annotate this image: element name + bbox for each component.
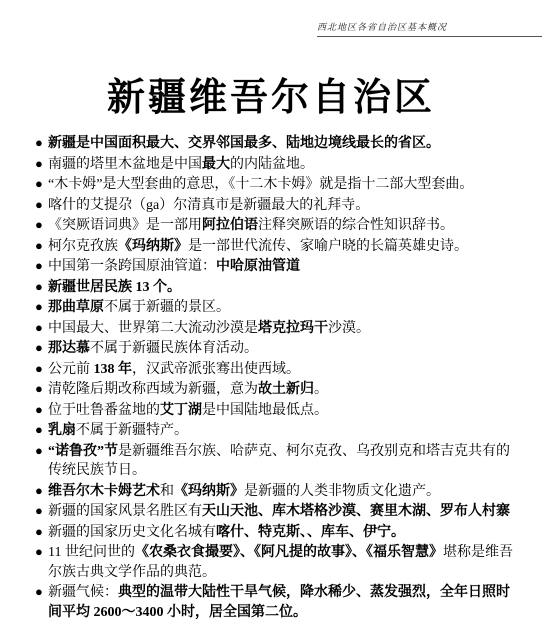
fact-item: ●那曲草原不属于新疆的景区。 xyxy=(35,297,514,318)
bullet-icon: ● xyxy=(35,481,48,501)
bullet-icon: ● xyxy=(35,297,48,317)
bullet-icon: ● xyxy=(35,542,48,562)
fact-item: ●“木卡姆”是大型套曲的意思，《十二木卡姆》就是指十二部大型套曲。 xyxy=(35,174,514,195)
fact-list: ●新疆是中国面积最大、交界邻国最多、陆地边境线最长的省区。●南疆的塔里木盆地是中… xyxy=(35,133,514,622)
fact-text: 南疆的塔里木盆地是中国最大的内陆盆地。 xyxy=(48,157,314,172)
bullet-icon: ● xyxy=(35,154,48,174)
fact-text: “诺鲁孜”节是新疆维吾尔族、哈萨克、柯尔克孜、乌孜别克和塔吉克共有的传统民族节日… xyxy=(48,444,510,479)
fact-item: ●喀什的艾提尕（ga）尔清真市是新疆最大的礼拜寺。 xyxy=(35,195,514,216)
bullet-icon: ● xyxy=(35,318,48,338)
bullet-icon: ● xyxy=(35,441,48,461)
fact-text: 新疆的国家风景名胜区有天山天池、库木塔格沙漠、赛里木湖、罗布人村寨 xyxy=(48,504,510,519)
fact-text: 位于吐鲁番盆地的艾丁湖是中国陆地最低点。 xyxy=(48,403,328,418)
fact-text: 《突厥语词典》是一部用阿拉伯语注释突厥语的综合性知识辞书。 xyxy=(48,218,454,233)
fact-text: 维吾尔木卡姆艺术和《玛纳斯》是新疆的人类非物质文化遗产。 xyxy=(48,484,440,499)
fact-text: 乳扇不属于新疆特产。 xyxy=(48,423,188,438)
fact-item: ●11 世纪问世的《农桑衣食撮要》、《阿凡提的故事》、《福乐智慧》堪称是维吾尔族… xyxy=(35,542,514,582)
fact-text: 那曲草原不属于新疆的景区。 xyxy=(48,300,230,315)
fact-item: ●中国最大、世界第二大流动沙漠是塔克拉玛干沙漠。 xyxy=(35,318,514,339)
fact-text: 新疆气候：典型的温带大陆性干旱气候，降水稀少、蒸发强烈，全年日照时间平均 260… xyxy=(48,585,510,620)
fact-text: 公元前 138 年，汉武帝派张骞出使西域。 xyxy=(48,362,300,377)
fact-item: ●新疆世居民族 13 个。 xyxy=(35,277,514,298)
bullet-icon: ● xyxy=(35,501,48,521)
fact-text: 新疆的国家历史文化名城有喀什、特克斯、、库车、伊宁。 xyxy=(48,525,405,540)
page-header: 西北地区各省自治区基本概况 xyxy=(317,20,542,37)
fact-text: 新疆是中国面积最大、交界邻国最多、陆地边境线最长的省区。 xyxy=(48,136,440,151)
bullet-icon: ● xyxy=(35,338,48,358)
fact-item: ●清乾隆后期改称西域为新疆，意为故土新归。 xyxy=(35,379,514,400)
bullet-icon: ● xyxy=(35,174,48,194)
fact-item: ●维吾尔木卡姆艺术和《玛纳斯》是新疆的人类非物质文化遗产。 xyxy=(35,481,514,502)
fact-item: ●南疆的塔里木盆地是中国最大的内陆盆地。 xyxy=(35,154,514,175)
fact-text: 柯尔克孜族《玛纳斯》是一部世代流传、家喻户晓的长篇英雄史诗。 xyxy=(48,239,468,254)
fact-text: 清乾隆后期改称西域为新疆，意为故土新归。 xyxy=(48,382,328,397)
header-text: 西北地区各省自治区基本概况 xyxy=(317,22,447,32)
fact-text: 新疆世居民族 13 个。 xyxy=(48,280,181,295)
bullet-icon: ● xyxy=(35,236,48,256)
fact-text: 喀什的艾提尕（ga）尔清真市是新疆最大的礼拜寺。 xyxy=(48,198,369,213)
bullet-icon: ● xyxy=(35,133,48,153)
bullet-icon: ● xyxy=(35,420,48,440)
bullet-icon: ● xyxy=(35,195,48,215)
bullet-icon: ● xyxy=(35,379,48,399)
fact-item: ●那达慕不属于新疆民族体育活动。 xyxy=(35,338,514,359)
document-page: 西北地区各省自治区基本概况 新疆维吾尔自治区 ●新疆是中国面积最大、交界邻国最多… xyxy=(0,0,542,641)
fact-text: 中国最大、世界第二大流动沙漠是塔克拉玛干沙漠。 xyxy=(48,321,370,336)
fact-item: ●公元前 138 年，汉武帝派张骞出使西域。 xyxy=(35,359,514,380)
fact-text: “木卡姆”是大型套曲的意思，《十二木卡姆》就是指十二部大型套曲。 xyxy=(48,177,473,192)
bullet-icon: ● xyxy=(35,582,48,602)
fact-item: ●新疆的国家历史文化名城有喀什、特克斯、、库车、伊宁。 xyxy=(35,522,514,543)
bullet-icon: ● xyxy=(35,256,48,276)
fact-item: ●新疆气候：典型的温带大陆性干旱气候，降水稀少、蒸发强烈，全年日照时间平均 26… xyxy=(35,582,514,622)
fact-text: 那达慕不属于新疆民族体育活动。 xyxy=(48,341,258,356)
fact-item: ●新疆是中国面积最大、交界邻国最多、陆地边境线最长的省区。 xyxy=(35,133,514,154)
fact-text: 中国第一条跨国原油管道：中哈原油管道 xyxy=(48,259,300,274)
fact-item: ●新疆的国家风景名胜区有天山天池、库木塔格沙漠、赛里木湖、罗布人村寨 xyxy=(35,501,514,522)
fact-item: ●位于吐鲁番盆地的艾丁湖是中国陆地最低点。 xyxy=(35,400,514,421)
fact-item: ●乳扇不属于新疆特产。 xyxy=(35,420,514,441)
bullet-icon: ● xyxy=(35,359,48,379)
bullet-icon: ● xyxy=(35,400,48,420)
fact-item: ●《突厥语词典》是一部用阿拉伯语注释突厥语的综合性知识辞书。 xyxy=(35,215,514,236)
bullet-icon: ● xyxy=(35,522,48,542)
fact-item: ●柯尔克孜族《玛纳斯》是一部世代流传、家喻户晓的长篇英雄史诗。 xyxy=(35,236,514,257)
bullet-icon: ● xyxy=(35,277,48,297)
fact-item: ●“诺鲁孜”节是新疆维吾尔族、哈萨克、柯尔克孜、乌孜别克和塔吉克共有的传统民族节… xyxy=(35,441,514,481)
fact-item: ●中国第一条跨国原油管道：中哈原油管道 xyxy=(35,256,514,277)
page-title: 新疆维吾尔自治区 xyxy=(0,66,542,121)
bullet-icon: ● xyxy=(35,215,48,235)
fact-text: 11 世纪问世的《农桑衣食撮要》、《阿凡提的故事》、《福乐智慧》堪称是维吾尔族古… xyxy=(48,545,513,580)
